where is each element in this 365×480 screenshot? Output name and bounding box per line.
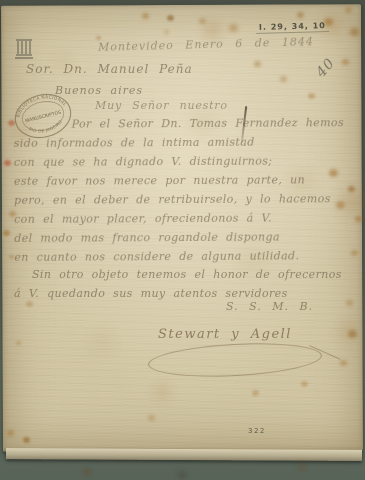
handwriting-line: este favor nos merece por nuestra parte,… [14,170,354,191]
handwriting-line: Sin otro objeto tenemos el honor de ofre… [14,265,350,284]
page-number: 322 [248,427,266,435]
scanned-letter-page: I. 29, 34, 10 40 Montevideo Enero 6 de 1… [0,0,365,480]
letter-salutation: Muy Señor nuestro [95,99,228,112]
handwriting-line: en cuanto nos considere de alguna utilid… [14,246,354,267]
scanner-background-spots [0,458,4,462]
letter-signature: Stewart y Agell [158,327,292,342]
stamp-text-middle: MANUSCRIPTOS [25,110,62,125]
handwriting-line: con que se ha dignado V. distinguirnos; [14,151,354,172]
catalog-number: I. 29, 34, 10 [256,21,329,34]
handwriting-line: del modo mas franco rogandole disponga [14,227,354,248]
columns-stamp-icon [15,37,33,61]
letter-addressee: Sor. Dn. Manuel Peña [26,62,193,76]
letter-body: Por el Señor Dn. Tomas Fernandez hemossi… [14,113,355,267]
handwriting-line: pero, en el deber de retribuirselo, y lo… [14,189,354,210]
letter-valediction: S. S. M. B. [226,300,313,313]
foxing-stains [0,0,5,4]
handwriting-line: con el mayor placer, ofreciendonos á V. [14,208,354,229]
letter-closing: Sin otro objeto tenemos el honor de ofre… [14,265,350,303]
foxing-blotches [0,0,5,4]
under-sheet-edge [6,448,362,461]
